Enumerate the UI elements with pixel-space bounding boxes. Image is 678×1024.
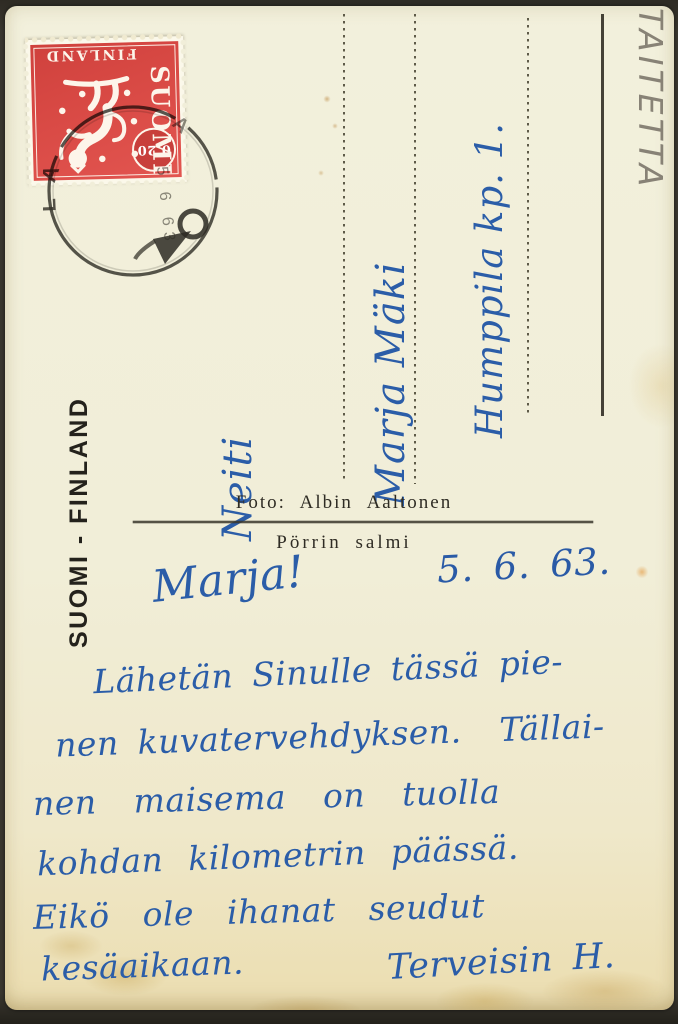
address-dotted-line-1 — [343, 14, 345, 482]
handwritten-date: 5. 6. 63. — [436, 539, 611, 591]
svg-text:LA: LA — [43, 149, 69, 212]
message-line-1: Lähetän Sinulle tässä pie- — [92, 642, 563, 701]
caption-divider — [133, 521, 593, 523]
signature: Terveisin H. — [386, 936, 616, 988]
address-line-place: Humppila kp. 1. — [459, 38, 521, 438]
message-line-4: kohdan kilometrin päässä. — [36, 828, 519, 884]
message-line-5: Eikö ole ihanat seudut — [33, 886, 486, 937]
postmark: LA A 5 6 63 — [43, 101, 223, 281]
postcard-back: 0,20 SUOMI FINLAND — [5, 6, 674, 1010]
postmark-town-letters: LA — [43, 149, 69, 212]
corner-pencil-note: TAITETTA — [621, 8, 678, 198]
message-line-6: kesäaikaan. — [40, 942, 244, 988]
greeting: Marja! — [150, 546, 307, 613]
message-line-3: nen maisema on tuolla — [33, 772, 501, 823]
stamp-country-en: FINLAND — [34, 46, 146, 63]
message-line-2: nen kuvatervehdyksen. Tällai- — [54, 706, 605, 764]
address-dotted-line-3 — [527, 18, 529, 414]
scan-background: 0,20 SUOMI FINLAND — [0, 0, 678, 1024]
address-line-name: Marja Mäki — [359, 61, 423, 506]
photo-credit: Foto: Albin Aaltonen — [5, 492, 678, 515]
address-margin-line — [601, 14, 604, 416]
